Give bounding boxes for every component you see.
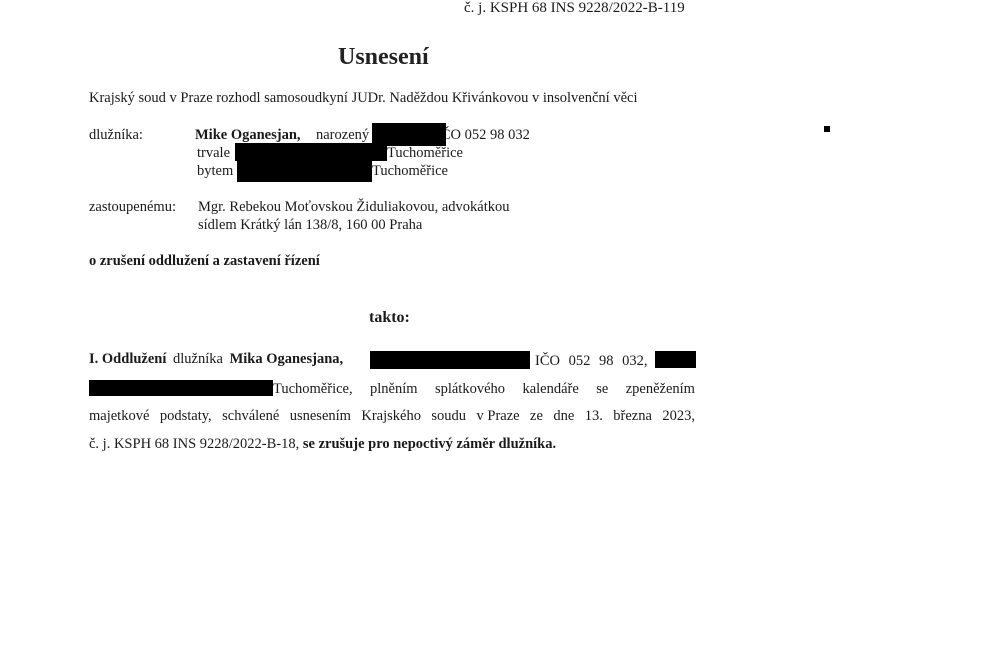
ruling-line-2: Tuchoměřice, plněním splátkového kalendá…: [273, 381, 695, 398]
representative-name: Mgr. Rebekou Moťovskou Židuliakovou, adv…: [198, 199, 509, 216]
prior-ruling-reference: č. j. KSPH 68 INS 9228/2022-B-18,: [89, 436, 299, 452]
permanent-address-city: Tuchoměřice: [387, 145, 463, 162]
ruling-debtor-name: Mika Oganesjana,: [230, 351, 344, 367]
ruling-word: kalendáře: [522, 381, 578, 398]
ruling-word: dne: [553, 408, 574, 425]
ruling-text: dlužníka: [173, 351, 223, 367]
debtor-name: Mike Oganesjan,: [195, 127, 301, 144]
redaction-box: [655, 351, 696, 368]
ruling-word: ze: [530, 408, 543, 425]
ruling-word: zpeněžením: [626, 381, 695, 398]
ruling-word: splátkového: [435, 381, 505, 398]
ruling-line-4: č. j. KSPH 68 INS 9228/2022-B-18, se zru…: [89, 436, 556, 453]
case-reference: č. j. KSPH 68 INS 9228/2022-B-119: [464, 0, 685, 17]
ruling-word: plněním: [370, 381, 418, 398]
ruling-word: se: [596, 381, 608, 398]
ruling-word: v Praze: [477, 408, 520, 425]
ruling-word: Krajského: [361, 408, 421, 425]
ruling-word: majetkové: [89, 408, 149, 425]
document-title: Usnesení: [338, 44, 429, 71]
debtor-label: dlužníka:: [89, 127, 143, 144]
redaction-box: [370, 351, 530, 369]
redaction-box: [235, 143, 387, 161]
debtor-born-label: narozený: [316, 127, 369, 144]
ruling-word: 13.: [585, 408, 603, 425]
ruling-word: usnesením: [290, 408, 351, 425]
residence-city: Tuchoměřice: [372, 163, 448, 180]
redaction-box: [237, 160, 372, 182]
margin-mark: [824, 126, 830, 132]
intro-text: Krajský soud v Praze rozhodl samosoudkyn…: [89, 90, 637, 107]
ruling-keyword: Oddlužení: [102, 351, 166, 367]
ruling-word: schválené: [222, 408, 279, 425]
ruling-word: 2023,: [662, 408, 695, 425]
ruling-line-1: I. Oddlužení dlužníka Mika Oganesjana,: [89, 351, 343, 368]
redaction-box: [89, 380, 273, 396]
ruling-word: března: [613, 408, 652, 425]
ruling-word: Tuchoměřice,: [273, 381, 353, 398]
debtor-ico: IČO 052 98 032: [436, 127, 530, 144]
takto-heading: takto:: [369, 309, 410, 327]
ruling-numeral: I.: [89, 351, 98, 367]
representative-label: zastoupenému:: [89, 199, 176, 216]
ruling-word: soudu: [431, 408, 466, 425]
residence-label: bytem: [197, 163, 233, 180]
ruling-ico: IČO 052 98 032,: [535, 353, 647, 370]
subject-line: o zrušení oddlužení a zastavení řízení: [89, 253, 320, 270]
representative-address: sídlem Krátký lán 138/8, 160 00 Praha: [198, 217, 422, 234]
ruling-line-3: majetkové podstaty, schválené usnesením …: [89, 408, 695, 425]
ruling-verdict: se zrušuje pro nepoctivý záměr dlužníka.: [303, 436, 556, 452]
ruling-word: podstaty,: [160, 408, 212, 425]
permanent-address-label: trvale: [197, 145, 230, 162]
